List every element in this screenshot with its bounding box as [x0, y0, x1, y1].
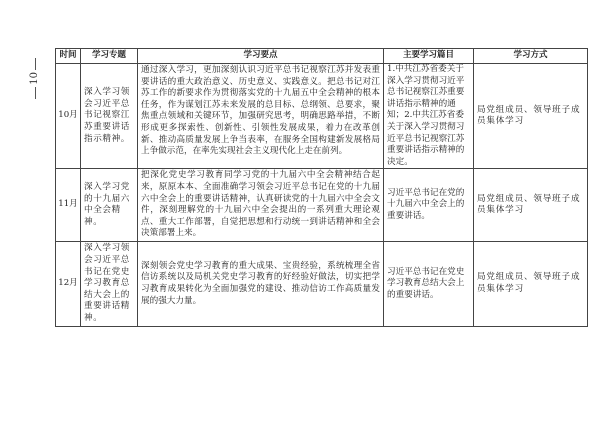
table-row: 12月 深入学习领会习近平总书记在党史学习教育总结大会上的重要讲话精神。 深刻领…	[56, 241, 588, 326]
study-plan-table: 时间 学习专题 学习要点 主要学习篇目 学习方式 10月 深入学习领会习近平总书…	[55, 48, 588, 327]
cell-key-points: 深刻领会党史学习教育的重大成果、宝贵经验，系统梳理全省信访系统以及局机关党史学习…	[138, 241, 384, 326]
cell-topic: 深入学习领会习近平总书记视察江苏重要讲话指示精神。	[81, 64, 138, 169]
cell-key-points: 把深化党史学习教育同学习党的十九届六中全会精神结合起来，原原本本、全面准确学习领…	[138, 169, 384, 242]
table-row: 11月 深入学习党的十九届六中全会精神。 把深化党史学习教育同学习党的十九届六中…	[56, 169, 588, 242]
cell-study-method: 局党组成员、领导班子成员集体学习	[474, 241, 588, 326]
header-time: 时间	[56, 49, 81, 64]
cell-month: 10月	[56, 64, 81, 169]
page-number-rule-bottom	[35, 87, 36, 99]
cell-study-method: 局党组成员、领导班子成员集体学习	[474, 64, 588, 169]
table-header-row: 时间 学习专题 学习要点 主要学习篇目 学习方式	[56, 49, 588, 64]
cell-month: 11月	[56, 169, 81, 242]
cell-topic: 深入学习党的十九届六中全会精神。	[81, 169, 138, 242]
cell-main-articles: 习近平总书记在党的十九届六中全会上的重要讲话。	[384, 169, 474, 242]
page-number-rule-top	[35, 58, 36, 70]
cell-topic: 深入学习领会习近平总书记在党史学习教育总结大会上的重要讲话精神。	[81, 241, 138, 326]
cell-study-method: 局党组成员、领导班子成员集体学习	[474, 169, 588, 242]
cell-month: 12月	[56, 241, 81, 326]
table-row: 10月 深入学习领会习近平总书记视察江苏重要讲话指示精神。 通过深入学习，更加深…	[56, 64, 588, 169]
header-key-points: 学习要点	[138, 49, 384, 64]
cell-main-articles: 习近平总书记在党史学习教育总结大会上的重要讲话。	[384, 241, 474, 326]
header-main-articles: 主要学习篇目	[384, 49, 474, 64]
page-number: 10	[30, 70, 40, 87]
cell-key-points: 通过深入学习，更加深刻认识习近平总书记视察江苏并发表重要讲话的重大政治意义、历史…	[138, 64, 384, 169]
page-number-marker: 10	[28, 58, 42, 108]
header-topic: 学习专题	[81, 49, 138, 64]
cell-main-articles: 1.中共江苏省委关于深入学习贯彻习近平总书记视察江苏重要讲话指示精神的通知；2.…	[384, 64, 474, 169]
header-study-method: 学习方式	[474, 49, 588, 64]
